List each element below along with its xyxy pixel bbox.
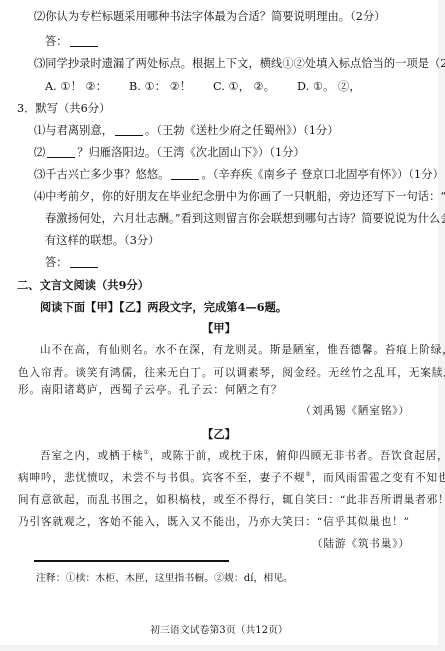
q2-sub2-answer: 答： [45,35,100,49]
q3-item-4-answer: 答： [45,256,100,270]
section2-heading: 二、文言文阅读（共9分） [17,278,149,292]
passage-b-source: （陆游《筑书巢》） [312,537,410,551]
q3-item-1: ⑴与君离别意，。（王勃《送杜少府之任蜀州》）（1分） [34,124,339,138]
item-text: ⑴与君离别意， [34,124,113,137]
passage-a-title: 【甲】 [0,321,438,335]
item-source: 。（辛弃疾《南乡子 登京口北固亭有怀》）（1分） [201,168,443,181]
item-source: ？归雁洛阳边。（王湾《次北固山下》）（1分） [77,146,304,159]
passage-a-line3: 形。南阳诸葛庐，西蜀子云亭。孔子云：何陋之有？ [18,383,282,397]
item-text: ⑶千古兴亡多少事？悠悠。 [34,168,169,181]
option-d: D. ①。 ②， [297,80,381,94]
q2-sub3-options: A. ①！ ②：B. ①： ②！C. ①， ②。D. ①。 ②， [45,80,381,94]
answer-label: 答： [45,256,68,269]
passage-a-line2: 色入帘青。谈笑有鸿儒，往来无白丁。可以调素琴，阅金经。无丝竹之乱耳，无案牍之劳 [18,366,445,380]
text: ，或陈于前，或枕于床，俯仰四顾无非书者。吾饮食起居，疾 [150,450,445,462]
answer-blank[interactable] [70,266,98,268]
q3-heading: 3．默写（共6分） [17,102,110,116]
option-a: A. ①！ ②： [45,80,129,94]
text: 病呻吟，悲忧愤叹，未尝不与书俱。宾客不至，妻子不觌 [18,472,305,484]
answer-blank[interactable] [70,45,98,47]
passage-b-line3: 间有意欲起，而乱书围之，如积槁枝，或至不得行，辄自笑曰：“此非吾所谓巢者邪！” [18,493,445,507]
passage-a-source: （刘禹锡《陋室铭》） [300,404,410,418]
passage-a-line1: 山不在高，有仙则名。水不在深，有龙则灵。斯是陋室，惟吾德馨。苔痕上阶绿，草 [40,343,445,357]
q2-sub2-question: ⑵你认为专栏标题采用哪种书法字体最为合适？简要说明理由。（2分） [34,10,386,24]
fill-blank[interactable] [115,134,143,136]
q3-item-4-line2: 春激扬何处，六月壮志酬。”看到这则留言你会联想到哪句古诗？简要说说为什么会 [45,212,445,226]
q3-item-2: ⑵？归雁洛阳边。（王湾《次北固山下》）（1分） [34,146,305,160]
item-source: 。（王勃《送杜少府之任蜀州》）（1分） [145,124,339,137]
q2-sub3-question: ⑶同学抄录时遗漏了两处标点。根据上下文，横线①②处填入标点恰当的一项是（2分） [34,57,445,71]
footnotes: 注释：①椟：木柜、木匣，这里指书橱。②觌：dí，相见。 [36,572,293,586]
text: 吾室之内，或栖于椟 [40,450,143,462]
option-c: C. ①， ②。 [213,80,297,94]
q3-item-4-line1: ⑷中考前夕，你的好朋友在毕业纪念册中为你画了一只帆船，旁边还写下一句话：“青 [34,190,445,204]
q3-item-3: ⑶千古兴亡多少事？悠悠。。（辛弃疾《南乡子 登京口北固亭有怀》）（1分） [34,168,444,182]
fill-blank[interactable] [171,178,199,180]
text: ，而风雨雷雹之变有不知也。 [312,472,445,484]
page-footer: 初三语文试卷第3页（共12页） [0,624,438,638]
item-text: ⑵ [34,146,45,159]
passage-b-line1: 吾室之内，或栖于椟①，或陈于前，或枕于床，俯仰四顾无非书者。吾饮食起居，疾 [40,449,445,463]
passage-b-line4: 乃引客就观之，客始不能入，既入又不能出，乃亦大笑曰：“信乎其似巢也！” [18,515,410,529]
passage-b-title: 【乙】 [0,427,438,441]
section2-instruction: 阅读下面【甲】【乙】两段文字，完成第4—6题。 [40,300,287,314]
exam-page: ⑵你认为专栏标题采用哪种书法字体最为合适？简要说明理由。（2分） 答： ⑶同学抄… [0,0,438,645]
option-b: B. ①： ②！ [129,80,213,94]
passage-b-line2: 病呻吟，悲忧愤叹，未尝不与书俱。宾客不至，妻子不觌②，而风雨雷雹之变有不知也。 [18,471,445,485]
footnote-divider [34,560,229,562]
q3-item-4-line3: 有这样的联想。（3分） [45,234,160,248]
answer-label: 答： [45,35,68,48]
fill-blank[interactable] [47,156,75,158]
